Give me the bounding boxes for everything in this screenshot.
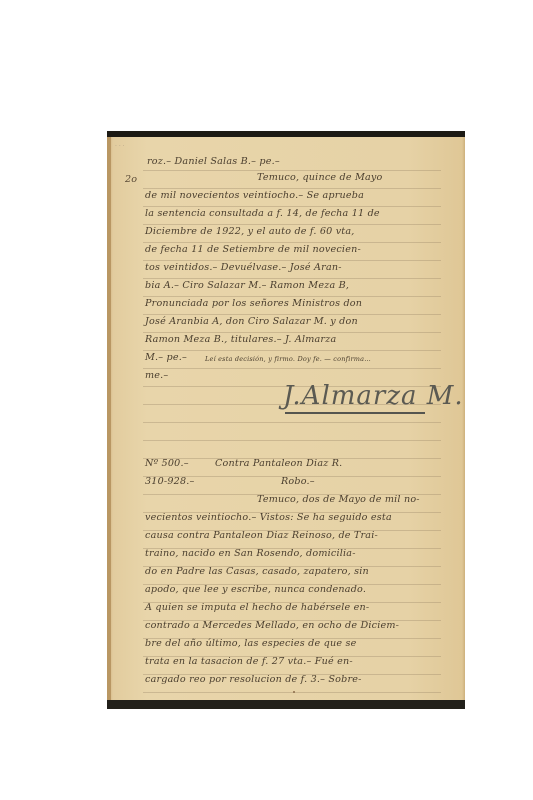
entry-1-line-8: bia A.– Ciro Salazar M.– Ramon Meza B, <box>145 280 349 291</box>
entry-1-line-2: Temuco, quince de Mayo <box>257 172 383 183</box>
case-subject: Robo.– <box>281 476 315 487</box>
pencil-mark: · · · <box>115 143 125 150</box>
page-binding-edge <box>107 137 111 700</box>
entry-2-line-5: do en Padre las Casas, casado, zapatero,… <box>145 566 369 577</box>
entry-2-line-4: traino, nacido en San Rosendo, domicilia… <box>145 548 356 559</box>
entry-2-line-2: vecientos veintiocho.– Vistos: Se ha seg… <box>145 512 392 523</box>
entry-1-line-1: roz.– Daniel Salas B.– pe.– <box>147 156 280 167</box>
entry-2-line-7: A quien se imputa el hecho de habérsele … <box>145 602 369 613</box>
entry-2-line-1: Temuco, dos de Mayo de mil no- <box>257 494 420 505</box>
case-title: Contra Pantaleon Diaz R. <box>215 458 342 469</box>
entry-1-line-11: Ramon Meza B., titulares.– J. Almarza <box>145 334 336 345</box>
entry-1-line-9: Pronunciada por los señores Ministros do… <box>145 298 362 309</box>
entry-1-line-12: M.– pe.– <box>145 352 187 363</box>
entry-1-line-3: de mil novecientos veintiocho.– Se aprue… <box>145 190 364 201</box>
entry-2-line-8: contrado a Mercedes Mellado, en ocho de … <box>145 620 399 631</box>
entry-2-line-3: causa contra Pantaleon Diaz Reinoso, de … <box>145 530 378 541</box>
ink-dot <box>293 691 295 693</box>
signature: J.Almarza M. <box>283 381 464 411</box>
entry-2-line-11: cargado reo por resolucion de f. 3.– Sob… <box>145 674 362 685</box>
entry-1-line-10: José Aranbia A, don Ciro Salazar M. y do… <box>145 316 358 327</box>
entry-2-line-9: bre del año último, las especies de que … <box>145 638 356 649</box>
entry-1-line-5: Diciembre de 1922, y el auto de f. 60 vt… <box>145 226 355 237</box>
signature-underline <box>285 412 425 414</box>
case-reference: 310-928.– <box>145 476 195 487</box>
entry-1-line-4: la sentencia consultada a f. 14, de fech… <box>145 208 380 219</box>
case-number: Nº 500.– <box>145 458 189 469</box>
entry-1-margin-number: 2o <box>125 174 137 185</box>
entry-2-line-6: apodo, que lee y escribe, nunca condenad… <box>145 584 366 595</box>
entry-1-line-6: de fecha 11 de Setiembre de mil novecien… <box>145 244 361 255</box>
ledger-page-scan: · · · roz.– Daniel Salas B.– pe.– 2o Tem… <box>107 131 465 709</box>
scan-top-border <box>107 131 465 137</box>
entry-1-line-7: tos veintidos.– Devuélvase.– José Aran- <box>145 262 342 273</box>
entry-1-tail: me.– <box>145 370 168 381</box>
entry-1-small-note: Leí esta decisión, y firmo. Doy fe. — co… <box>205 355 371 363</box>
entry-2-line-10: trata en la tasacion de f. 27 vta.– Fué … <box>145 656 353 667</box>
scan-bottom-border <box>107 700 465 709</box>
